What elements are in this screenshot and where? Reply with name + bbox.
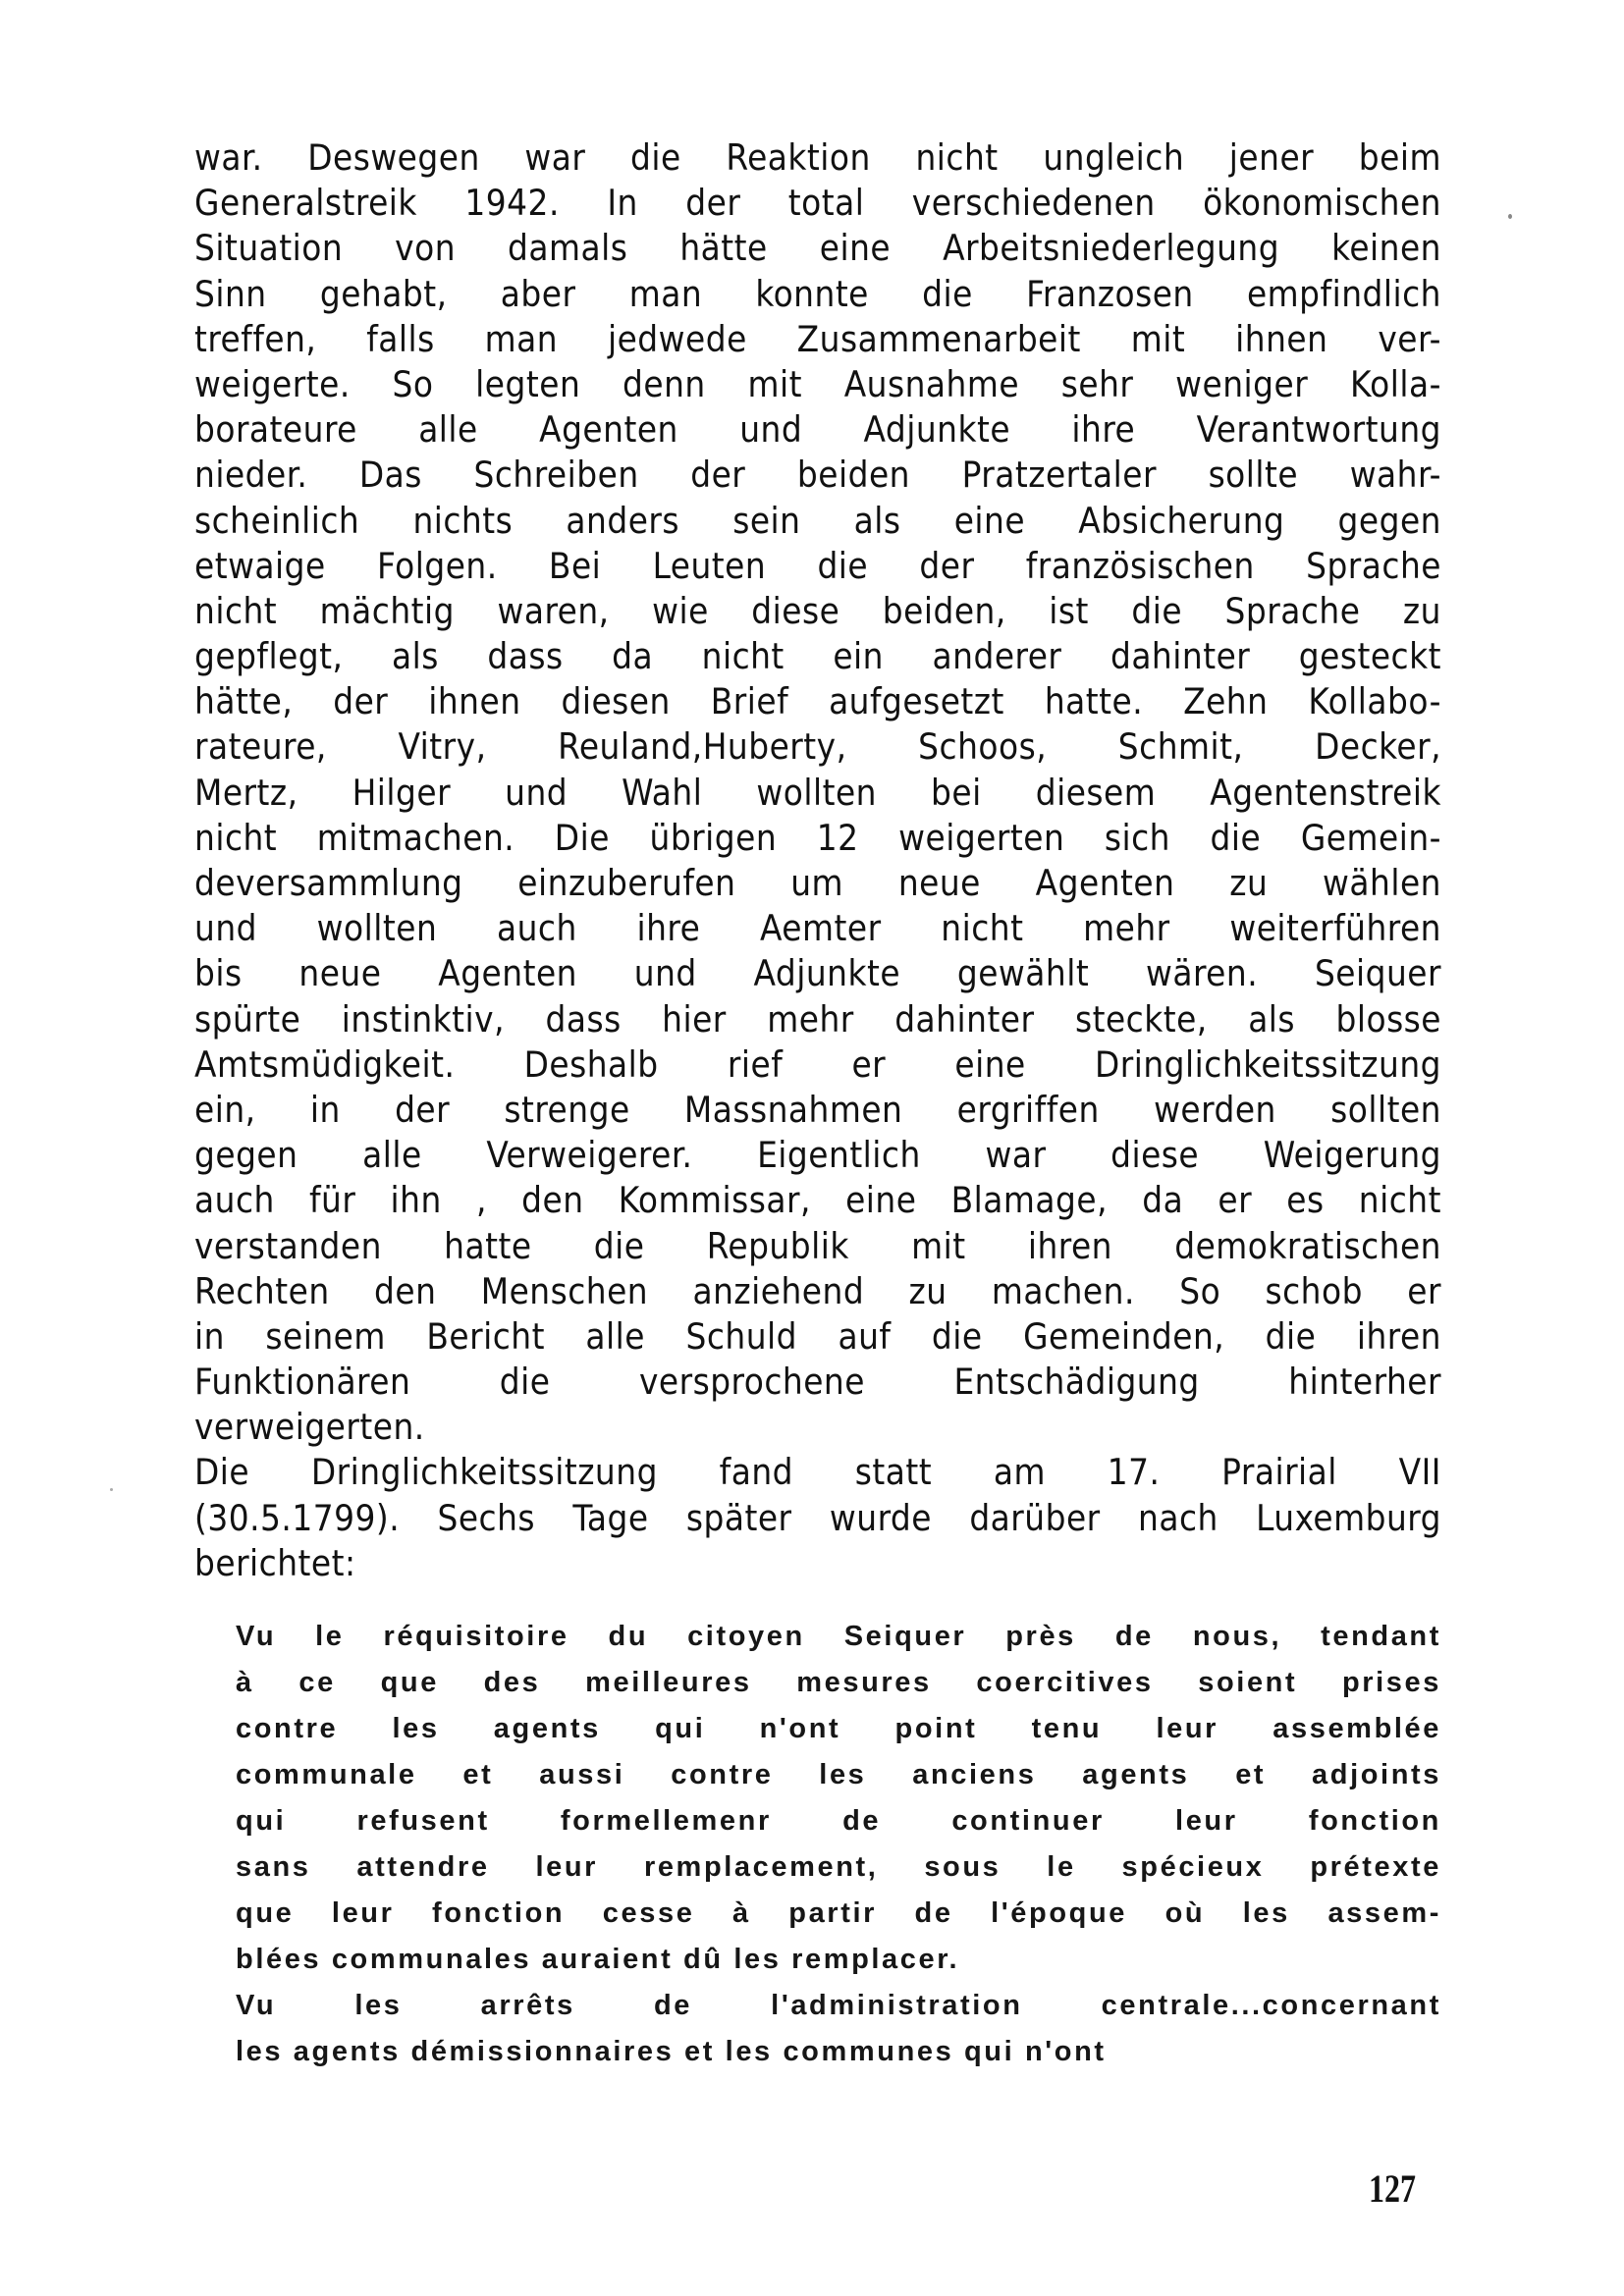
text-line: Vu le réquisitoire du citoyen Seiquer pr…: [236, 1614, 1441, 1660]
text-line: contre les agents qui n'ont point tenu l…: [236, 1706, 1441, 1752]
text-line: qui refusent formellemenr de continuer l…: [236, 1798, 1441, 1844]
text-line: nicht mächtig waren, wie diese beiden, i…: [194, 589, 1441, 634]
french-quotation-block: Vu le réquisitoire du citoyen Seiquer pr…: [236, 1614, 1441, 2075]
text-line: Generalstreik 1942. In der total verschi…: [194, 181, 1441, 226]
text-line: Mertz, Hilger und Wahl wollten bei diese…: [194, 771, 1441, 816]
text-line: gegen alle Verweigerer. Eigentlich war d…: [194, 1133, 1441, 1178]
scan-speck: [1508, 214, 1512, 219]
scan-speck: [110, 1488, 113, 1491]
text-line: à ce que des meilleures mesures coerciti…: [236, 1660, 1441, 1706]
text-line: Funktionären die versprochene Entschädig…: [194, 1360, 1441, 1405]
text-line: Die Dringlichkeitssitzung fand statt am …: [194, 1450, 1441, 1495]
text-line: verweigerten.: [194, 1405, 1441, 1450]
text-line: weigerte. So legten denn mit Ausnahme se…: [194, 362, 1441, 407]
text-line: blées communales auraient dû les remplac…: [236, 1937, 1441, 1983]
document-page: war. Deswegen war die Reaktion nicht ung…: [0, 0, 1624, 2296]
text-line: Rechten den Menschen anziehend zu machen…: [194, 1269, 1441, 1314]
text-line: spürte instinktiv, dass hier mehr dahint…: [194, 997, 1441, 1042]
text-line: auch für ihn , den Kommissar, eine Blama…: [194, 1178, 1441, 1223]
text-line: que leur fonction cesse à partir de l'ép…: [236, 1891, 1441, 1937]
text-line: Amtsmüdigkeit. Deshalb rief er eine Drin…: [194, 1042, 1441, 1088]
text-line: les agents démissionnaires et les commun…: [236, 2029, 1441, 2075]
text-line: war. Deswegen war die Reaktion nicht ung…: [194, 135, 1441, 181]
text-line: treffen, falls man jedwede Zusammenarbei…: [194, 317, 1441, 362]
paragraph-1: war. Deswegen war die Reaktion nicht ung…: [194, 135, 1441, 1450]
text-line: ein, in der strenge Massnahmen ergriffen…: [194, 1088, 1441, 1133]
paragraph-2: Die Dringlichkeitssitzung fand statt am …: [194, 1450, 1441, 1586]
text-line: bis neue Agenten und Adjunkte gewählt wä…: [194, 951, 1441, 996]
text-line: nicht mitmachen. Die übrigen 12 weigerte…: [194, 816, 1441, 861]
text-line: (30.5.1799). Sechs Tage später wurde dar…: [194, 1496, 1441, 1541]
text-line: Situation von damals hätte eine Arbeitsn…: [194, 226, 1441, 271]
text-line: in seinem Bericht alle Schuld auf die Ge…: [194, 1314, 1441, 1360]
text-line: Vu les arrêts de l'administration centra…: [236, 1983, 1441, 2029]
page-number: 127: [1369, 2165, 1416, 2212]
text-line: gepflegt, als dass da nicht ein anderer …: [194, 634, 1441, 679]
text-line: deversammlung einzuberufen um neue Agent…: [194, 861, 1441, 906]
text-line: hätte, der ihnen diesen Brief aufgesetzt…: [194, 679, 1441, 724]
text-line: Sinn gehabt, aber man konnte die Franzos…: [194, 272, 1441, 317]
text-line: verstanden hatte die Republik mit ihren …: [194, 1224, 1441, 1269]
text-line: rateure, Vitry, Reuland,Huberty, Schoos,…: [194, 724, 1441, 770]
text-line: nieder. Das Schreiben der beiden Pratzer…: [194, 453, 1441, 498]
text-line: berichtet:: [194, 1541, 1441, 1586]
text-line: sans attendre leur remplacement, sous le…: [236, 1844, 1441, 1891]
text-line: borateure alle Agenten und Adjunkte ihre…: [194, 407, 1441, 453]
text-line: etwaige Folgen. Bei Leuten die der franz…: [194, 544, 1441, 589]
text-line: scheinlich nichts anders sein als eine A…: [194, 499, 1441, 544]
text-line: communale et aussi contre les anciens ag…: [236, 1752, 1441, 1798]
text-line: und wollten auch ihre Aemter nicht mehr …: [194, 906, 1441, 951]
main-text-block: war. Deswegen war die Reaktion nicht ung…: [194, 135, 1441, 1586]
